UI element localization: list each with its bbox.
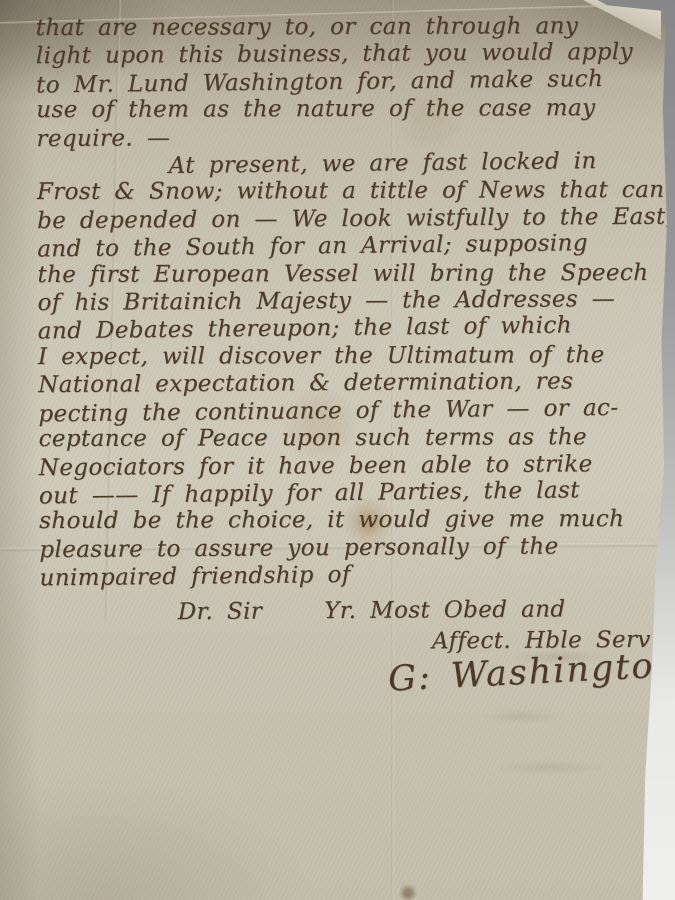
letter-body: that are necessary to, or can through an… <box>36 12 647 704</box>
closing-line-1: Yr. Most Obed and <box>324 594 566 626</box>
letter-line: should be the choice, it would give me m… <box>39 506 645 536</box>
letter-line: the first European Vessel will bring the… <box>37 260 643 290</box>
letter-line: ceptance of Peace upon such terms as the <box>39 424 645 454</box>
letter-line: and Debates thereupon; the last of which <box>38 312 644 346</box>
letter-closing: Dr. Sir Yr. Most Obed and <box>40 593 646 627</box>
letter-line: and to the South for an Arrival; supposi… <box>37 230 643 264</box>
letter-line: that are necessary to, or can through an… <box>36 13 642 43</box>
closing-salutation: Dr. Sir <box>178 596 263 627</box>
letter-line: unimpaired friendship of <box>39 559 645 593</box>
letter-line: I expect, will discover the Ultimatum of… <box>38 342 644 372</box>
letter-photo: that are necessary to, or can through an… <box>0 0 675 900</box>
letter-line: use of them as the nature of the case ma… <box>36 95 642 125</box>
letter-line: Frost & Snow; without a tittle of News t… <box>37 177 643 207</box>
letter-paper: that are necessary to, or can through an… <box>0 0 675 900</box>
